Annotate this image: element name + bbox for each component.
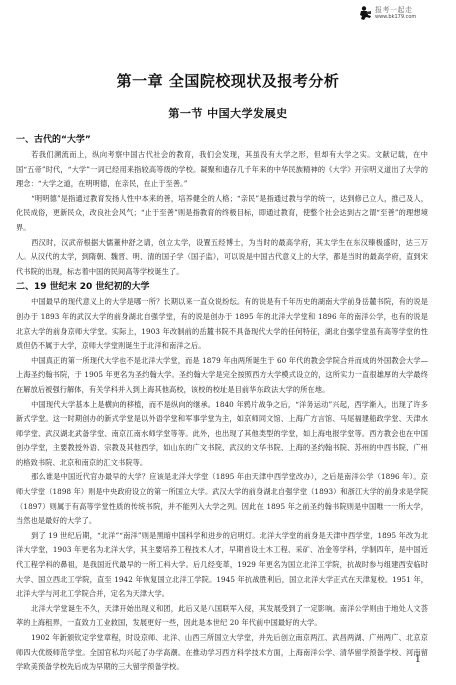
logo-url: www.bk179.com xyxy=(375,14,416,20)
section-late-19th-early-20th-century: 二、19 世纪末 20 世纪初的大学 中国最早的现代意义上的大学是哪一所？长期以… xyxy=(16,279,428,674)
paragraph: 到了 19 世纪后期，“北洋”“南洋”则是黑暗中国科学和进步的启明灯。北洋大学堂… xyxy=(16,529,428,602)
paragraph: 北洋大学堂诞生不久，天津开始出现义和团，此后又是八国联军入侵，其发展受到了一定影… xyxy=(16,602,428,631)
page-number: 1 xyxy=(415,655,421,665)
person-reading-icon xyxy=(359,6,372,20)
section-heading: 二、19 世纪末 20 世纪初的大学 xyxy=(16,279,428,295)
site-logo: 报考一起走 www.bk179.com xyxy=(359,5,431,23)
section-ancient-universities: 一、古代的“大学” 若我们溯流而上，纵向考察中国古代社会的教育，我们会发现，其虽… xyxy=(16,132,428,279)
paragraph: 1902 年新颁钦定学堂章程，时设京师、北洋、山西三所国立大学堂，并先后创立南京… xyxy=(16,631,428,675)
section-heading: 一、古代的“大学” xyxy=(16,132,428,148)
paragraph: 中国最早的现代意义上的大学是哪一所？长期以来一直众说纷纭。有的说是有千年历史的湖… xyxy=(16,295,428,353)
paragraph: 中国真正的第一所现代大学也不是北洋大学堂，而是 1879 年由两所诞生于 60 … xyxy=(16,354,428,398)
paragraph: 那么谁是中国近代官办最早的大学？应该是北洋大学堂（1895 年由天津中西学堂改办… xyxy=(16,470,428,528)
paragraph: 西汉时，汉武帝根据大儒董仲舒之请，创立太学，设置五经博士，为当时的最高学府，其太… xyxy=(16,236,428,280)
paragraph: “明明德”是指通过教育发扬人性中本来的善，培养健全的人格；“亲民”是指通过教与学… xyxy=(16,192,428,236)
chapter-title: 第一章 全国院校现状及报考分析 xyxy=(0,70,456,91)
section-title: 第一节 中国大学发展史 xyxy=(0,105,456,121)
paragraph: 若我们溯流而上，纵向考察中国古代社会的教育，我们会发现，其虽没有大学之形，但却有… xyxy=(16,148,428,192)
document-body: 一、古代的“大学” 若我们溯流而上，纵向考察中国古代社会的教育，我们会发现，其虽… xyxy=(16,132,428,675)
paragraph: 中国现代大学基本上是横向的移植，而不是纵向的继承。1840 年鸦片战争之后，“洋… xyxy=(16,398,428,471)
